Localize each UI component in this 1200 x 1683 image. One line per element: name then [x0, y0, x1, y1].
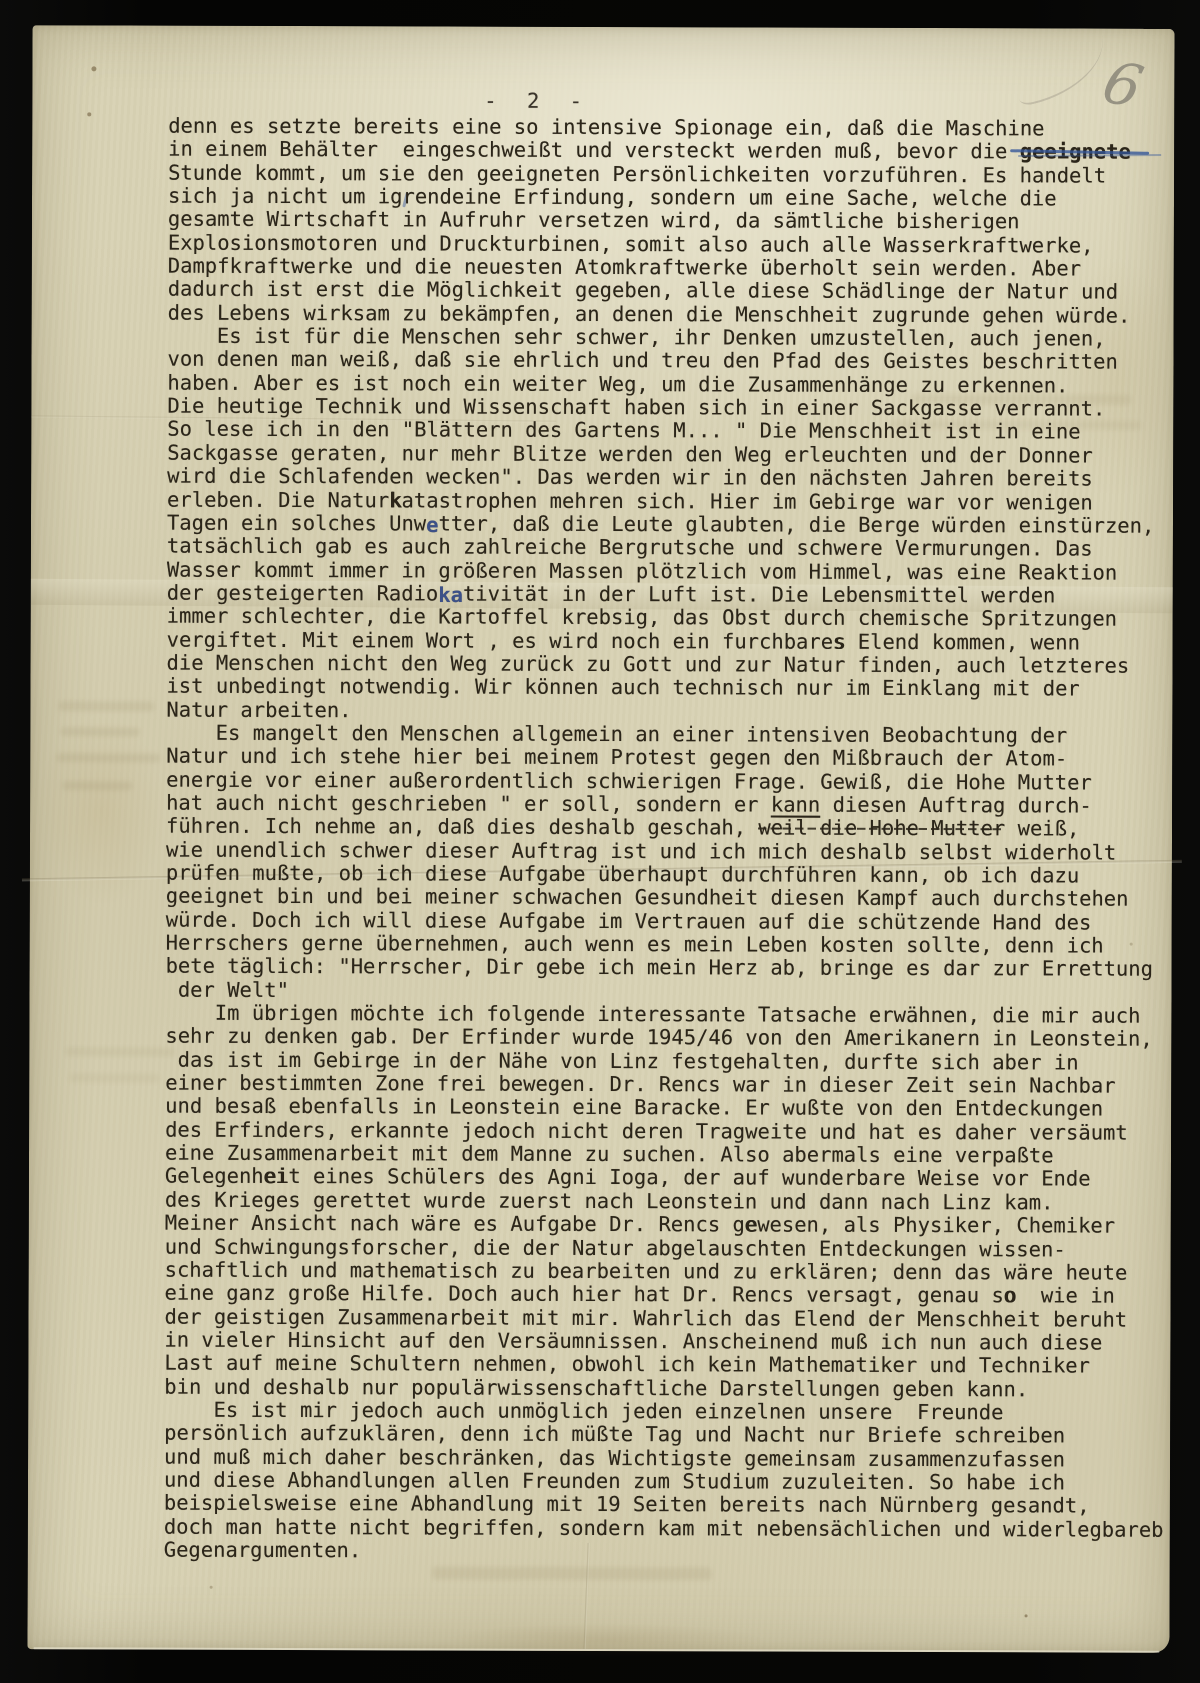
- ink-bleedthrough: [58, 701, 154, 711]
- foxing-stain: [36, 715, 167, 905]
- ink-bleedthrough: [69, 1073, 159, 1082]
- pencil-scratch: [1007, 26, 1115, 107]
- ink-bleedthrough: [62, 781, 132, 790]
- ink-bleedthrough: [432, 1566, 712, 1580]
- paper-speck: [87, 112, 91, 116]
- folio-number: 6: [1096, 48, 1150, 121]
- scan-background: { "page": { "header_page_number": "- 2 -…: [0, 0, 1200, 1683]
- text-lines: denn es setzte bereits eine so intensive…: [164, 115, 1149, 1565]
- ink-bleedthrough: [65, 1047, 175, 1056]
- page-number: - 2 -: [484, 89, 591, 113]
- paper-sheet: - 2 - 6 denn es setzte bereits eine so i…: [27, 25, 1174, 1653]
- paper-speck: [91, 66, 96, 71]
- paper-speck: [1025, 1614, 1028, 1617]
- text-line: bete täglich: "Herrscher, Dir gebe ich m…: [166, 955, 1146, 981]
- text-line: Gegenargumenten.: [164, 1539, 1144, 1565]
- ink-bleedthrough: [56, 753, 160, 762]
- foxing-stain: [447, 1623, 767, 1658]
- ink-bleedthrough: [60, 727, 140, 736]
- paper-speck: [210, 1586, 213, 1589]
